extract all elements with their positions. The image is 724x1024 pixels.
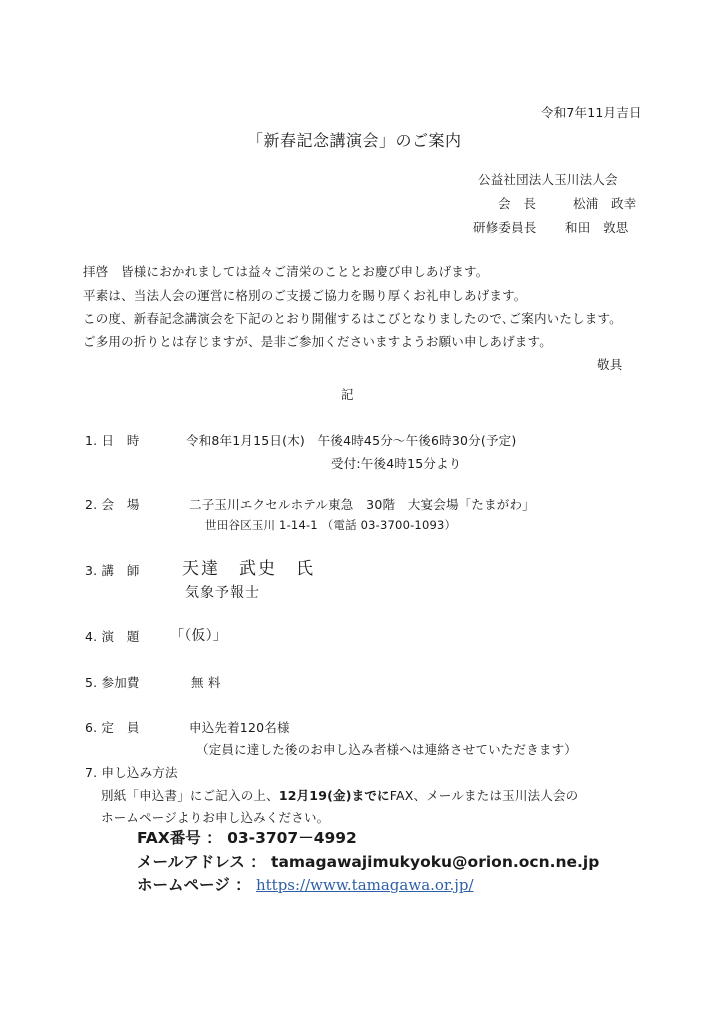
item-venue-label: 2. 会 場 <box>85 495 140 513</box>
item-lecturer-label: 3. 講 師 <box>85 561 140 579</box>
item-lecturer-title: 気象予報士 <box>185 582 260 602</box>
application-deadline: 12月19(金)までに <box>279 788 390 803</box>
item-lecturer-name: 天達 武史 氏 <box>182 554 315 579</box>
item-venue-value: 二子玉川エクセルホテル東急 30階 大宴会場「たまがわ」 <box>189 495 535 513</box>
item-datetime-value: 令和8年1月15日(木) 午後4時45分～午後6時30分(予定) <box>186 431 516 449</box>
item-application-label: 7. 申し込み方法 <box>85 763 178 781</box>
item-capacity-value: 申込先着120名様 <box>189 718 290 736</box>
application-text-pre: 別紙「申込書」にご記入の上、 <box>101 788 279 803</box>
item-topic-label: 4. 演 題 <box>85 627 140 645</box>
ki-marker: 記 <box>341 385 354 403</box>
fax-number: 03-3707－4992 <box>227 829 357 847</box>
greeting-line-3: この度、新春記念講演会を下記のとおり開催するはこびとなりましたので､ご案内いたし… <box>83 309 622 327</box>
committee-role: 研修委員長 <box>473 218 537 236</box>
application-instructions-line-1: 別紙「申込書」にご記入の上、12月19(金)までにFAX、メールまたは玉川法人会… <box>101 786 578 804</box>
application-instructions-line-2: ホームページよりお申し込みください。 <box>101 808 329 826</box>
fax-label: FAX番号 ： <box>137 829 227 847</box>
chair-role: 会 長 <box>498 194 536 212</box>
greeting-line-4: ご多用の折りとは存じますが、是非ご参加くださいますようお願い申しあげます。 <box>83 332 552 350</box>
email-line: メールアドレス ： tamagawajimukyoku@orion.ocn.ne… <box>137 850 599 872</box>
greeting-line-2: 平素は、当法人会の運営に格別のご支援ご協力を賜り厚くお礼申しあげます。 <box>83 286 527 304</box>
item-datetime-reception: 受付:午後4時15分より <box>331 454 461 472</box>
website-link[interactable]: https://www.tamagawa.or.jp/ <box>256 876 474 894</box>
sender-organization: 公益社団法人玉川法人会 <box>478 170 618 188</box>
item-topic-value: 「（仮）」 <box>170 625 227 645</box>
committee-name: 和田 敦思 <box>565 218 629 236</box>
chair-name: 松浦 政幸 <box>573 194 637 212</box>
email-label: メールアドレス ： <box>137 853 271 871</box>
item-fee-value: 無 料 <box>191 673 221 691</box>
website-label: ホームページ ： <box>137 876 256 894</box>
website-line: ホームページ ： https://www.tamagawa.or.jp/ <box>137 873 474 895</box>
application-text-post: FAX、メールまたは玉川法人会の <box>390 788 579 803</box>
document-title: 「新春記念講演会」のご案内 <box>247 128 462 151</box>
item-capacity-note: （定員に達した後のお申し込み者様へは連絡させていただきます） <box>196 740 577 758</box>
fax-line: FAX番号 ： 03-3707－4992 <box>137 826 357 848</box>
item-capacity-label: 6. 定 員 <box>85 718 140 736</box>
item-fee-label: 5. 参加費 <box>85 673 140 691</box>
closing-keigu: 敬具 <box>597 355 622 373</box>
greeting-line-1: 拝啓 皆様におかれましては益々ご清栄のこととお慶び申しあげます。 <box>83 262 488 280</box>
item-datetime-label: 1. 日 時 <box>85 431 140 449</box>
document-date: 令和7年11月吉日 <box>541 103 642 121</box>
item-venue-address: 世田谷区玉川 1-14-1 （電話 03-3700-1093） <box>205 517 456 533</box>
email-address[interactable]: tamagawajimukyoku@orion.ocn.ne.jp <box>271 853 599 871</box>
